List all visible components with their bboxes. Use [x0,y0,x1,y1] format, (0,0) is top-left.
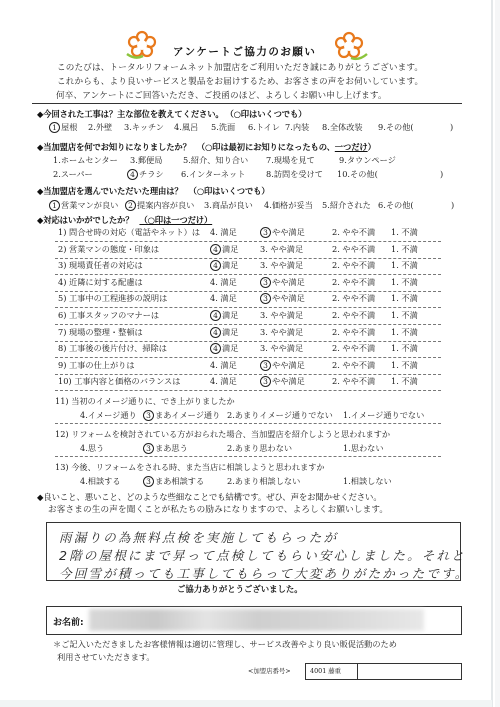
satisfaction-row: 7) 現場の整理・整頓は4満足3. やや満足2. やや不満1. 不満 [55,325,441,342]
row-label: 3) 現場責任者の対応は [58,260,143,271]
q11-option-3[interactable]: 3まあイメージ通り [143,410,220,421]
rating-option-4[interactable]: 4. 満足 [210,293,237,304]
rating-option-1[interactable]: 1. 不満 [391,376,418,387]
name-label: お名前: [53,615,84,628]
q3-option-3[interactable]: 3.商品が良い [204,200,253,211]
q13-option-3[interactable]: 3まあ相談する [143,476,204,487]
q3-option-2[interactable]: 2提案内容が良い [125,200,194,211]
q1-option-1[interactable]: 1屋根 [49,122,77,133]
selected-circle-icon: 3 [143,410,154,421]
rating-option-1[interactable]: 1. 不満 [391,227,418,238]
satisfaction-row: 3) 現場責任者の対応は4満足3. やや満足2. やや不満1. 不満 [55,258,441,275]
rating-option-4[interactable]: 4満足 [210,327,238,338]
q12-option-3[interactable]: 3まあ思う [143,443,188,454]
rating-option-1[interactable]: 1. 不満 [391,244,418,255]
row-label: 4) 近隣に対する配慮は [58,277,143,288]
q2-option-6[interactable]: 6.インターネット [181,169,245,180]
selected-circle-icon: 2 [125,200,136,211]
rating-option-2[interactable]: 2. やや不満 [332,376,375,387]
rating-option-3[interactable]: 3やや満足 [260,360,305,371]
q4-extra-11: 11) 当初のイメージ通りに、でき上がりましたか 4.イメージ通り 3まあイメー… [55,391,441,424]
q11-option-2[interactable]: 2.あまりイメージ通りでない [227,410,333,421]
q12-option-1[interactable]: 1.思わない [343,443,384,454]
q1-option-8[interactable]: 8.全体改装 [322,122,363,133]
rating-option-4[interactable]: 4. 満足 [210,277,237,288]
rating-option-4[interactable]: 4満足 [210,343,238,354]
rating-option-1[interactable]: 1. 不満 [391,360,418,371]
q2-option-5[interactable]: 5.紹介、知り合い [183,155,248,166]
q12-option-2[interactable]: 2.あまり思わない [227,443,292,454]
q1-option-4[interactable]: 4.風呂 [174,122,198,133]
q13-option-2[interactable]: 2.あまり相談しない [227,476,300,487]
selected-circle-icon: 3 [260,360,271,371]
rating-option-2[interactable]: 2. やや不満 [332,360,375,371]
thanks-message: ご協力ありがとうございました。 [177,583,303,595]
intro-line-1: このたびは、トータルリフォームネット加盟店をご利用いただき誠にありがとうございま… [57,61,423,73]
selected-circle-icon: 3 [260,293,271,304]
rating-option-3[interactable]: 3. やや満足 [260,327,303,338]
q1-option-3[interactable]: 3.キッチン [124,122,164,133]
row-label: 6) 工事スタッフのマナーは [58,310,159,321]
rating-option-2[interactable]: 2. やや不満 [332,327,375,338]
satisfaction-row: 1) 問合せ時の対応（電話やネット）は4. 満足3やや満足2. やや不満1. 不… [55,225,441,242]
rating-option-4[interactable]: 4. 満足 [210,376,237,387]
rating-option-3[interactable]: 3やや満足 [260,293,305,304]
rating-option-4[interactable]: 4満足 [210,260,238,271]
q4-extra-13: 13) 今後、リフォームをされる時、また当店に相談しようと思われますか 4.相談… [55,457,441,489]
q11-label: 11) 当初のイメージ通りに、でき上がりましたか [55,396,235,407]
rating-option-1[interactable]: 1. 不満 [391,293,418,304]
q3-option-4[interactable]: 4.価格が妥当 [264,200,313,211]
selected-circle-icon: 4 [210,260,221,271]
rating-option-4[interactable]: 4満足 [210,310,238,321]
comment-prompt-1: ◆良いこと、悪いこと、どのような些細なことでも結構です。ぜひ、声をお聞かせくださ… [37,491,382,503]
q2-option-4[interactable]: 4チラシ [127,169,164,180]
comment-line-2: 2階の屋根にまで昇って点検してもらい安心しました。それと [59,545,466,564]
rating-option-3[interactable]: 3やや満足 [260,227,305,238]
q12-option-4[interactable]: 4.思う [80,443,104,454]
rating-option-4[interactable]: 4. 満足 [210,227,237,238]
selected-circle-icon: 3 [260,277,271,288]
row-label: 9) 工事の仕上がりは [58,360,135,371]
row-label: 1) 問合せ時の対応（電話やネット）は [58,227,200,238]
rating-option-3[interactable]: 3. やや満足 [260,310,303,321]
selected-circle-icon: 3 [260,376,271,387]
row-label: 8) 工事後の後片付け、掃除は [58,343,167,354]
rating-option-4[interactable]: 4. 満足 [210,360,237,371]
rating-option-3[interactable]: 3やや満足 [260,376,305,387]
q13-label: 13) 今後、リフォームをされる時、また当店に相談しようと思われますか [55,462,325,473]
rating-option-4[interactable]: 4満足 [210,244,238,255]
comment-prompt-2: お客さまの生の声を聞くことが私たちの励みになりますので、よろしくお願いします。 [48,503,388,515]
q3-option-6[interactable]: 6.その他( [378,200,414,211]
q2-option-1[interactable]: 1.ホームセンター [53,155,118,166]
q1-heading: ◆今回された工事は？主な部位を教えてください。（○印はいくつでも） [37,108,306,120]
q4-extra-12: 12) リフォームを検討されている方がおられた場合、当加盟店を紹介しようと思われ… [55,424,441,457]
q2-option-8[interactable]: 8.訪問を受けて [266,169,323,180]
comment-line-1: 雨漏りの為無料点検を実施してもらったが [59,527,338,546]
satisfaction-row: 9) 工事の仕上がりは4. 満足3やや満足2. やや不満1. 不満 [55,358,441,375]
page-edge [491,0,493,707]
satisfaction-row: 5) 工事中の工程進捗の説明は4. 満足3やや満足2. やや不満1. 不満 [55,291,441,308]
q3-option-5[interactable]: 5.紹介された [322,200,371,211]
row-label: 5) 工事中の工程進捗の説明は [58,293,167,304]
rating-option-2[interactable]: 2. やや不満 [332,227,375,238]
rating-option-1[interactable]: 1. 不満 [391,343,418,354]
q2-option-2[interactable]: 2.スーパー [53,169,93,180]
rating-option-2[interactable]: 2. やや不満 [332,343,375,354]
q13-option-4[interactable]: 4.相談する [80,476,121,487]
selected-circle-icon: 1 [49,122,60,133]
q2-option-3[interactable]: 3.郵便局 [130,155,162,166]
rating-option-1[interactable]: 1. 不満 [391,277,418,288]
rating-option-1[interactable]: 1. 不満 [391,260,418,271]
rating-option-2[interactable]: 2. やや不満 [332,293,375,304]
satisfaction-row: 2) 営業マンの態度・印象は4満足3. やや満足2. やや不満1. 不満 [55,242,441,259]
comment-textarea[interactable]: 雨漏りの為無料点検を実施してもらったが 2階の屋根にまで昇って点検してもらい安心… [46,522,461,581]
q3-heading: ◆当加盟店を選んでいただいた理由は？（○印はいくつでも） [37,185,270,197]
q3-close-paren: ) [451,200,454,210]
row-label: 7) 現場の整理・整頓は [58,327,143,338]
q2-option-9[interactable]: 9.タウンページ [339,155,396,166]
header-divider [32,103,462,104]
page-bottom-shadow [0,700,492,707]
q2-option-10[interactable]: 10.その他( [337,169,378,180]
page-title: アンケートご協力のお願い [173,44,316,59]
privacy-note-1: ＊ご記入いただきましたお客様情報は適切に管理し、サービス改善やより良い販促活動の… [53,639,397,650]
q13-option-1[interactable]: 1.相談しない [343,476,392,487]
rating-option-3[interactable]: 3. やや満足 [260,260,303,271]
franchise-number: 4001 藤重 [306,664,358,679]
q1-option-2[interactable]: 2.外壁 [88,122,112,133]
satisfaction-row: 6) 工事スタッフのマナーは4満足3. やや満足2. やや不満1. 不満 [55,308,441,325]
satisfaction-row: 8) 工事後の後片付け、掃除は4満足3. やや満足2. やや不満1. 不満 [55,341,441,358]
franchise-label: <加盟店番号> [248,666,291,675]
selected-circle-icon: 4 [210,310,221,321]
rating-option-2[interactable]: 2. やや不満 [332,260,375,271]
rating-option-3[interactable]: 3やや満足 [260,277,305,288]
q11-option-1[interactable]: 1.イメージ通りでない [343,410,424,421]
rating-option-3[interactable]: 3. やや満足 [260,343,303,354]
row-label: 2) 営業マンの態度・印象は [58,244,159,255]
q2-option-7[interactable]: 7.現場を見て [266,155,315,166]
intro-line-3: 何卒、アンケートにご回答いただき、ご投函のほど、よろしくお願い申し上げます。 [56,89,387,101]
q2-close-paren: ) [440,169,443,179]
selected-circle-icon: 4 [127,169,138,180]
privacy-note-2: 利用させていただきます。 [57,652,155,663]
rating-option-3[interactable]: 3. やや満足 [260,244,303,255]
intro-line-2: これからも、より良いサービスと製品をお届けするため、お客さまの声をお伺いしていま… [57,75,423,87]
rating-option-2[interactable]: 2. やや不満 [332,277,375,288]
q1-option-5[interactable]: 5.洗面 [211,122,235,133]
flower-icon-right [335,31,369,61]
selected-circle-icon: 3 [260,227,271,238]
satisfaction-row: 4) 近隣に対する配慮は4. 満足3やや満足2. やや不満1. 不満 [55,275,441,292]
selected-circle-icon: 4 [210,327,221,338]
name-field[interactable]: お名前: [46,606,462,635]
comment-line-3: 今回雪が積っても工事してもらって大変ありがたかったです。 [59,563,469,582]
selected-circle-icon: 4 [210,343,221,354]
selected-circle-icon: 3 [143,443,154,454]
q2-heading: ◆当加盟店を何でお知りになりましたか？（○印は最初にお知りになったもの、一つだけ… [37,141,376,153]
q1-option-7[interactable]: 7.内装 [285,122,309,133]
flower-icon-left [125,30,159,60]
q3-option-1[interactable]: 1営業マンが良い [49,200,118,211]
rating-option-1[interactable]: 1. 不満 [391,310,418,321]
redacted-name [89,609,424,631]
rating-option-2[interactable]: 2. やや不満 [332,244,375,255]
q11-option-4[interactable]: 4.イメージ通り [80,410,137,421]
franchise-number-field: 4001 藤重 [305,663,462,680]
selected-circle-icon: 1 [49,200,60,211]
page-edge-shadow [495,0,500,707]
q1-option-9[interactable]: 9.その他( [378,122,414,133]
q1-option-6[interactable]: 6.トイレ [248,122,280,133]
rating-option-2[interactable]: 2. やや不満 [332,310,375,321]
selected-circle-icon: 4 [210,244,221,255]
rating-option-1[interactable]: 1. 不満 [391,327,418,338]
satisfaction-row: 10) 工事内容と価格のバランスは4. 満足3やや満足2. やや不満1. 不満 [55,374,441,391]
row-label: 10) 工事内容と価格のバランスは [58,376,180,387]
q12-label: 12) リフォームを検討されている方がおられた場合、当加盟店を紹介しようと思われ… [55,429,390,440]
selected-circle-icon: 3 [143,476,154,487]
q1-close-paren: ) [450,122,453,132]
